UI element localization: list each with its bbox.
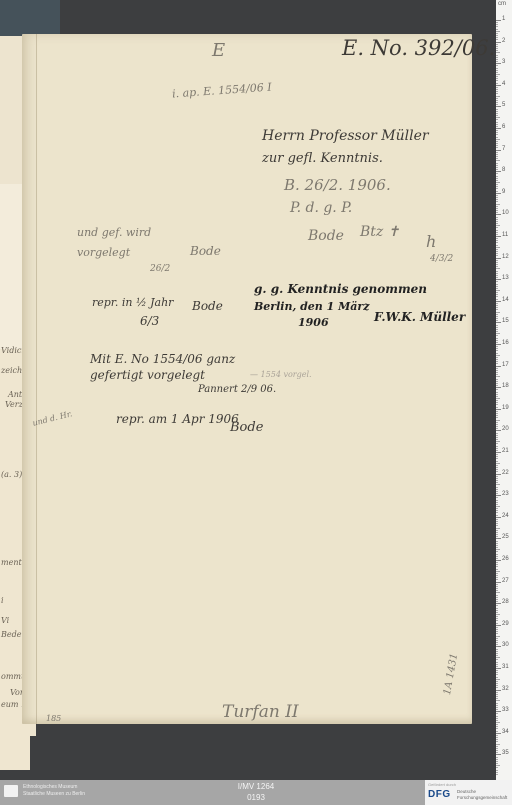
ruler-minor-tick [496,124,498,125]
ruler-minor-tick [496,707,498,708]
ruler-minor-tick [496,383,498,384]
ruler-tick [496,452,501,453]
page-number: 185 [46,714,61,723]
ruler-minor-tick [496,662,498,663]
ruler-minor-tick [496,242,498,243]
ruler-minor-tick [496,770,498,771]
ruler-label: 16 [502,340,509,346]
ruler-minor-tick [496,608,498,609]
ruler-minor-tick [496,627,498,628]
ruler-tick [496,603,501,604]
ruler-minor-tick [496,102,498,103]
ruler-minor-tick [496,670,498,671]
cm-ruler: cm 1234567891011121314151617181920212223… [496,0,512,780]
ruler-minor-tick [496,389,498,390]
footer-bar: Ethnologisches Museum Staatliche Museen … [0,780,512,805]
ruler-minor-tick [496,525,498,526]
ruler-minor-tick [496,312,500,313]
repr-signature: Bode [192,299,223,313]
ruler-minor-tick [496,230,498,231]
ruler-minor-tick [496,152,498,153]
ruler-minor-tick [496,249,498,250]
ruler-minor-tick [496,638,498,639]
ruler-label: 2 [502,38,505,44]
ruler-minor-tick [496,201,498,202]
ruler-minor-tick [496,273,498,274]
ruler-tick [496,366,501,367]
ruler-minor-tick [496,98,498,99]
ruler-tick [496,258,501,259]
ruler-tick [496,301,501,302]
ruler-minor-tick [496,223,498,224]
ruler-unit: cm [498,1,506,7]
ruler-minor-tick [496,309,498,310]
ruler-minor-tick [496,361,498,362]
ruler-minor-tick [496,396,498,397]
ruler-label: 19 [502,405,509,411]
ruler-tick [496,668,501,669]
ruler-minor-tick [496,400,498,401]
ruler-minor-tick [496,87,498,88]
ruler-minor-tick [496,335,498,336]
ruler-minor-tick [496,348,498,349]
ruler-minor-tick [496,437,498,438]
ruler-minor-tick [496,210,498,211]
ruler-minor-tick [496,281,498,282]
ruler-minor-tick [496,78,498,79]
ruler-minor-tick [496,765,500,766]
ruler-minor-tick [496,575,498,576]
ruler-minor-tick [496,620,498,621]
ruler-minor-tick [496,238,498,239]
acknowledgement-year: 1906 [298,316,329,329]
ruler-minor-tick [496,588,498,589]
ruler-minor-tick [496,262,498,263]
ruler-minor-tick [496,636,500,637]
left-fragment: Vi [1,616,9,625]
ruler-minor-tick [496,163,498,164]
ruler-minor-tick [496,381,498,382]
corner-number: 1A 1431 [442,652,460,695]
ruler-minor-tick [496,288,498,289]
page-fold [36,34,37,724]
left-fragment: zeich [1,366,22,375]
ruler-minor-tick [496,346,498,347]
ruler-minor-tick [496,70,498,71]
ruler-tick [496,236,501,237]
backing-board [0,0,60,36]
ruler-minor-tick [496,687,498,688]
ruler-minor-tick [496,372,498,373]
ruler-minor-tick [496,277,498,278]
ruler-minor-tick [496,76,498,77]
ruler-minor-tick [496,761,498,762]
ruler-minor-tick [496,679,500,680]
ruler-minor-tick [496,398,500,399]
ruler-minor-tick [496,385,498,386]
ruler-minor-tick [496,286,498,287]
left-fragment: (a. 3) [1,470,22,479]
ruler-label: 13 [502,275,509,281]
ruler-minor-tick [496,370,498,371]
ruler-minor-tick [496,225,500,226]
dfg-logo-icon: DFG [428,789,451,800]
ruler-minor-tick [496,677,498,678]
ruler-label: 22 [502,470,509,476]
ruler-minor-tick [496,500,498,501]
ruler-minor-tick [496,178,498,179]
ruler-label: 14 [502,297,509,303]
ruler-tick [496,517,501,518]
ruler-minor-tick [496,471,498,472]
ruler-tick [496,495,501,496]
ruler-minor-tick [496,549,500,550]
ruler-minor-tick [496,180,498,181]
left-note-line: und gef. wird [77,226,151,239]
ruler-minor-tick [496,117,500,118]
ruler-minor-tick [496,551,498,552]
ruler-minor-tick [496,55,498,56]
ruler-minor-tick [496,724,498,725]
ruler-minor-tick [496,446,498,447]
ruler-label: 34 [502,729,509,735]
ruler-minor-tick [496,759,498,760]
ruler-tick [496,106,501,107]
ruler-minor-tick [496,441,500,442]
ruler-label: 15 [502,318,509,324]
ruler-minor-tick [496,566,498,567]
ruler-minor-tick [496,443,498,444]
ruler-minor-tick [496,633,498,634]
ruler-minor-tick [496,562,498,563]
ruler-label: 26 [502,556,509,562]
ruler-minor-tick [496,122,498,123]
ruler-label: 23 [502,491,509,497]
ruler-minor-tick [496,716,498,717]
ruler-minor-tick [496,420,500,421]
ruler-minor-tick [496,392,498,393]
ruler-tick [496,193,501,194]
ruler-minor-tick [496,772,498,773]
ruler-minor-tick [496,692,498,693]
ruler-minor-tick [496,268,500,269]
ruler-minor-tick [496,709,498,710]
funder-name-line: Deutsche [457,789,476,794]
ruler-minor-tick [496,415,498,416]
ruler-minor-tick [496,65,498,66]
ruler-minor-tick [496,543,498,544]
ruler-tick [496,171,501,172]
ruler-minor-tick [496,111,498,112]
ruler-minor-tick [496,541,498,542]
ruler-tick [496,387,501,388]
ruler-minor-tick [496,642,498,643]
ruler-minor-tick [496,750,498,751]
ruler-minor-tick [496,402,498,403]
ruler-label: 9 [502,189,505,195]
ruler-minor-tick [496,232,498,233]
ruler-tick [496,279,501,280]
ruler-minor-tick [496,275,498,276]
ruler-tick [496,344,501,345]
ruler-minor-tick [496,579,498,580]
ruler-minor-tick [496,100,498,101]
ruler-minor-tick [496,48,498,49]
ruler-minor-tick [496,558,498,559]
ruler-minor-tick [496,307,498,308]
ruler-minor-tick [496,493,498,494]
ruler-minor-tick [496,217,498,218]
document-scan: Vidictt zeich Ant. Verzeich (a. 3) mente… [0,0,512,780]
ruler-label: 30 [502,642,509,648]
ruler-label: 4 [502,81,505,87]
ruler-minor-tick [496,491,498,492]
ruler-label: 35 [502,750,509,756]
ruler-minor-tick [496,664,498,665]
ruler-minor-tick [496,109,498,110]
ruler-label: 5 [502,102,505,108]
ruler-minor-tick [496,610,498,611]
ruler-minor-tick [496,595,498,596]
ruler-minor-tick [496,292,498,293]
ruler-tick [496,409,501,410]
ruler-minor-tick [496,39,498,40]
ruler-minor-tick [496,165,498,166]
ruler-minor-tick [496,612,498,613]
ruler-minor-tick [496,24,498,25]
ruler-minor-tick [496,61,498,62]
ruler-minor-tick [496,484,500,485]
ruler-minor-tick [496,599,498,600]
ruler-minor-tick [496,435,498,436]
ruler-tick [496,474,501,475]
ruler-minor-tick [496,141,498,142]
ruler-tick [496,150,501,151]
ruler-minor-tick [496,659,498,660]
ruler-minor-tick [496,303,498,304]
ruler-tick [496,20,501,21]
ruler-minor-tick [496,774,498,775]
ruler-minor-tick [496,325,498,326]
ruler-minor-tick [496,458,498,459]
ruler-minor-tick [496,461,498,462]
ruler-minor-tick [496,456,498,457]
ruler-minor-tick [496,333,500,334]
ruler-minor-tick [496,515,498,516]
top-letter: E [212,40,225,61]
ruler-minor-tick [496,290,500,291]
ruler-minor-tick [496,206,498,207]
ruler-minor-tick [496,208,498,209]
ruler-minor-tick [496,700,500,701]
margin-note: und d. Hr. [32,409,74,428]
ruler-minor-tick [496,757,498,758]
ruler-minor-tick [496,145,498,146]
bottom-note: Turfan II [222,702,299,722]
ruler-minor-tick [496,126,498,127]
acknowledgement-line: g. g. Kenntnis genommen [254,282,427,296]
ruler-minor-tick [496,296,498,297]
ruler-minor-tick [496,255,498,256]
ruler-tick [496,690,501,691]
ruler-minor-tick [496,556,498,557]
ruler-minor-tick [496,683,498,684]
ruler-label: 6 [502,124,505,130]
ruler-minor-tick [496,376,500,377]
ruler-minor-tick [496,564,498,565]
document-page: E E. No. 392/06. i. ap. E. 1554/06 I Her… [22,34,472,724]
ruler-label: 1 [502,16,505,22]
ruler-minor-tick [496,251,498,252]
ruler-minor-tick [496,338,498,339]
ruler-minor-tick [496,569,498,570]
ruler-minor-tick [496,316,498,317]
ruler-minor-tick [496,411,498,412]
ruler-minor-tick [496,737,498,738]
ruler-tick [496,128,501,129]
ruler-minor-tick [496,219,498,220]
ruler-tick [496,85,501,86]
ruler-minor-tick [496,545,498,546]
ruler-minor-tick [496,741,498,742]
ruler-minor-tick [496,89,498,90]
ruler-minor-tick [496,735,498,736]
ruler-minor-tick [496,592,500,593]
left-note-signature: Bode [190,244,221,258]
ruler-minor-tick [496,271,498,272]
ruler-minor-tick [496,597,498,598]
ruler-minor-tick [496,327,498,328]
ruler-label: 3 [502,59,505,65]
ruler-tick [496,625,501,626]
ruler-tick [496,582,501,583]
ruler-minor-tick [496,340,498,341]
ruler-tick [496,214,501,215]
repr-line: repr. in ½ Jahr [92,296,173,309]
mit-signature: Pannert 2/9 06. [198,384,276,395]
ruler-minor-tick [496,130,498,131]
ruler-minor-tick [496,644,498,645]
addressee-line: zur gefl. Kenntnis. [262,151,383,166]
funder-panel: Gefördert durch DFG Deutsche Forschungsg… [425,780,512,805]
ruler-minor-tick [496,115,498,116]
ruler-minor-tick [496,681,498,682]
ruler-minor-tick [496,463,500,464]
signature-mark: Btz ✝ [360,224,399,240]
repr2-line: repr. am 1 Apr 1906 [116,412,239,426]
initials-line: P. d. g. P. [290,200,352,216]
ruler-minor-tick [496,417,498,418]
ruler-minor-tick [496,264,498,265]
mit-line: Mit E. No 1554/06 ganz [90,352,235,366]
ruler-tick [496,711,501,712]
ruler-minor-tick [496,428,498,429]
ruler-minor-tick [496,374,498,375]
ruler-minor-tick [496,29,498,30]
ruler-tick [496,538,501,539]
ruler-minor-tick [496,169,498,170]
ruler-minor-tick [496,404,498,405]
ruler-minor-tick [496,188,498,189]
ruler-minor-tick [496,530,498,531]
ruler-minor-tick [496,590,498,591]
ruler-minor-tick [496,616,498,617]
ruler-minor-tick [496,158,498,159]
ruler-minor-tick [496,746,498,747]
ruler-minor-tick [496,450,498,451]
ruler-label: 8 [502,167,505,173]
ruler-minor-tick [496,510,498,511]
ruler-tick [496,646,501,647]
reference-number: i. ap. E. 1554/06 I [172,81,272,101]
ruler-minor-tick [496,433,498,434]
ruler-tick [496,560,501,561]
ruler-minor-tick [496,353,498,354]
ruler-minor-tick [496,160,500,161]
ruler-tick [496,733,501,734]
ruler-minor-tick [496,623,498,624]
ruler-minor-tick [496,234,498,235]
ruler-minor-tick [496,532,498,533]
ruler-minor-tick [496,50,498,51]
ruler-minor-tick [496,68,498,69]
ruler-minor-tick [496,245,498,246]
acknowledgement-line: Berlin, den 1 März [254,300,369,313]
ruler-label: 24 [502,513,509,519]
left-fragment: i [1,596,4,605]
signature-bode: Bode [308,228,344,244]
ruler-minor-tick [496,508,498,509]
ruler-minor-tick [496,132,498,133]
ruler-label: 31 [502,664,509,670]
ruler-minor-tick [496,601,498,602]
ruler-minor-tick [496,59,498,60]
ruler-minor-tick [496,696,498,697]
ruler-minor-tick [496,355,500,356]
ruler-minor-tick [496,528,500,529]
ruler-minor-tick [496,649,498,650]
ruler-minor-tick [496,119,498,120]
ruler-minor-tick [496,143,498,144]
repr2-signature: Bode [230,420,263,435]
ruler-label: 32 [502,686,509,692]
ruler-minor-tick [496,357,498,358]
ruler-minor-tick [496,722,500,723]
ruler-minor-tick [496,26,498,27]
ruler-minor-tick [496,694,498,695]
ruler-minor-tick [496,294,498,295]
ruler-minor-tick [496,240,498,241]
ruler-tick [496,754,501,755]
ruler-minor-tick [496,320,498,321]
ruler-minor-tick [496,154,498,155]
ruler-minor-tick [496,605,498,606]
ruler-minor-tick [496,35,498,36]
ruler-minor-tick [496,260,498,261]
ruler-minor-tick [496,212,498,213]
ruler-minor-tick [496,705,498,706]
ruler-label: 7 [502,146,505,152]
ruler-label: 33 [502,707,509,713]
ruler-minor-tick [496,191,498,192]
ruler-minor-tick [496,698,498,699]
ruler-minor-tick [496,703,498,704]
ruler-minor-tick [496,22,498,23]
ruler-label: 12 [502,254,509,260]
addressee-line: Herrn Professor Müller [262,128,429,144]
ruler-minor-tick [496,72,498,73]
ruler-minor-tick [496,199,498,200]
